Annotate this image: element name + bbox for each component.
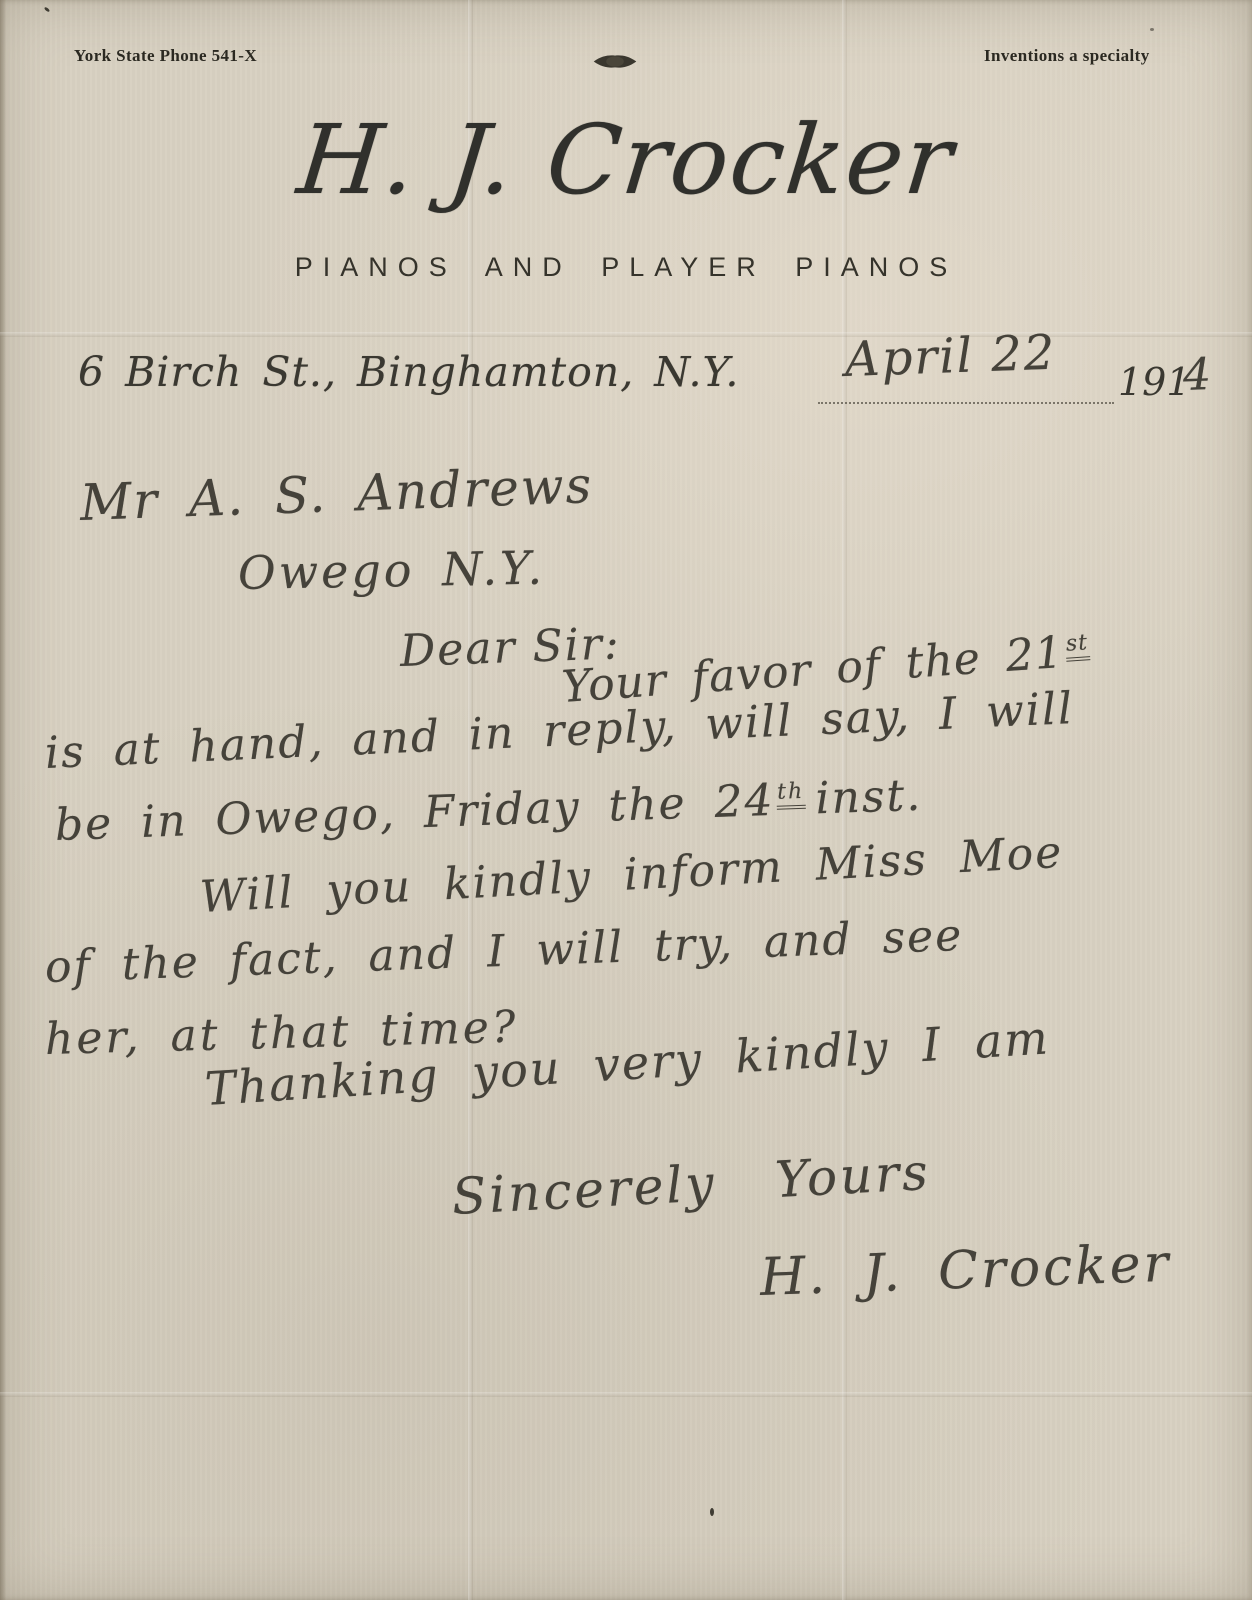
fold-crease-horizontal [0, 332, 1252, 337]
ordinal-th: th [776, 779, 806, 810]
signature: H. J. Crocker [759, 1234, 1172, 1308]
ordinal-st: st [1064, 630, 1090, 662]
printed-year-prefix: 191 [1118, 360, 1191, 404]
letterhead-phone: York State Phone 541-X [74, 46, 257, 66]
ink-speck [710, 1508, 714, 1516]
recipient-name: Mr A. S. Andrews [79, 456, 594, 532]
body-line-3-tail: inst. [815, 770, 923, 825]
handwritten-year-digit: 4 [1182, 349, 1212, 401]
ink-speck [1150, 28, 1154, 31]
fold-crease-horizontal [0, 1392, 1252, 1397]
recipient-city: Owego N.Y. [238, 541, 546, 600]
letterhead-subtitle: PIANOS AND PLAYER PIANOS [0, 252, 1252, 283]
ink-speck [44, 6, 51, 12]
printed-address: 6 Birch St., Binghamton, N.Y. [78, 348, 739, 396]
lens-ornament-icon [593, 53, 637, 70]
letter-scan-page: York State Phone 541-X Inventions a spec… [0, 0, 1252, 1600]
body-line-3: be in Owego, Friday the 24thinst. [54, 770, 923, 851]
body-line-2: is at hand, and in reply, will say, I wi… [44, 683, 1075, 779]
letterhead-company-name: H. J. Crocker [0, 104, 1252, 216]
body-line-5: of the fact, and I will try, and see [44, 910, 964, 993]
date-underline [818, 402, 1114, 404]
letterhead-specialty: Inventions a specialty [984, 46, 1150, 66]
body-line-3-text: be in Owego, Friday the 24 [54, 775, 775, 851]
closing: Sincerely Yours [450, 1143, 932, 1226]
paper-edge-shadow [0, 0, 7, 1600]
handwritten-date: April 22 [844, 325, 1057, 388]
